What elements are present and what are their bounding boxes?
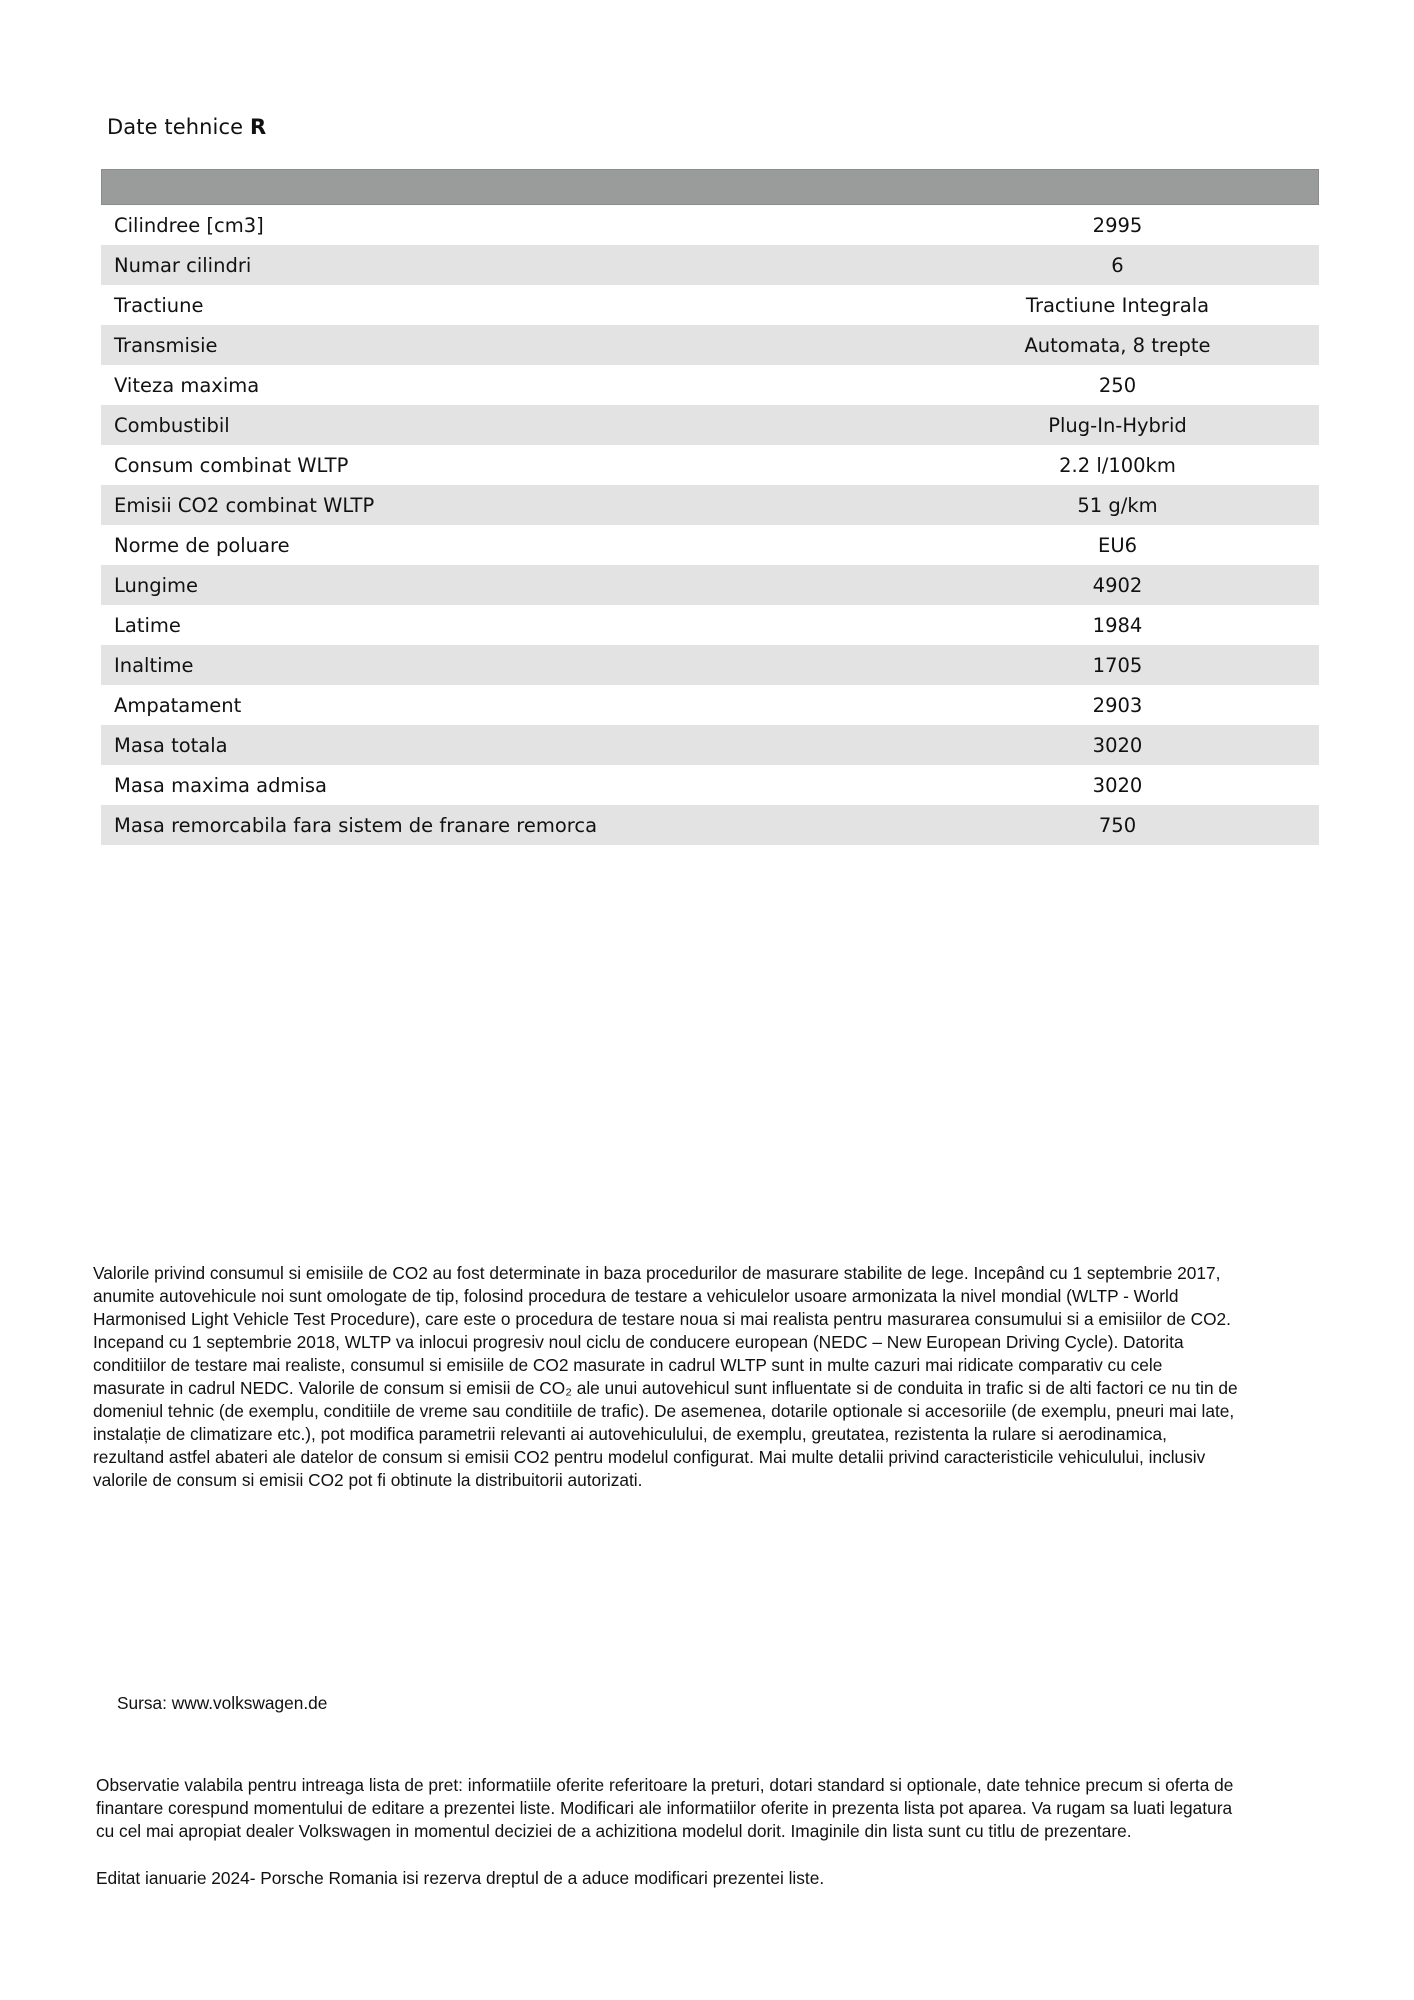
- table-row: Masa maxima admisa3020: [101, 765, 1319, 805]
- spec-value: 750: [1016, 814, 1219, 837]
- spec-label: Tractiune: [101, 294, 1016, 317]
- table-row: Numar cilindri6: [101, 245, 1319, 285]
- spec-value: EU6: [1016, 534, 1219, 557]
- spec-label: Numar cilindri: [101, 254, 1016, 277]
- spec-value: 2.2 l/100km: [1016, 454, 1219, 477]
- spec-label: Combustibil: [101, 414, 1016, 437]
- spec-value: 1984: [1016, 614, 1219, 637]
- text-line: anumite autovehicule noi sunt omologate …: [93, 1285, 1333, 1308]
- table-row: Inaltime1705: [101, 645, 1319, 685]
- table-header-bar: [101, 169, 1319, 205]
- spec-value: Plug-In-Hybrid: [1016, 414, 1219, 437]
- text-line: rezultand astfel abateri ale datelor de …: [93, 1446, 1333, 1469]
- table-row: Emisii CO2 combinat WLTP51 g/km: [101, 485, 1319, 525]
- spec-label: Transmisie: [101, 334, 1016, 357]
- table-row: Masa totala3020: [101, 725, 1319, 765]
- spec-value: 3020: [1016, 774, 1219, 797]
- spec-value: 1705: [1016, 654, 1219, 677]
- spec-label: Consum combinat WLTP: [101, 454, 1016, 477]
- table-body: Cilindree [cm3]2995Numar cilindri6Tracti…: [101, 205, 1319, 845]
- table-row: Lungime4902: [101, 565, 1319, 605]
- spec-label: Cilindree [cm3]: [101, 214, 1016, 237]
- spec-label: Lungime: [101, 574, 1016, 597]
- model-name: R: [250, 115, 266, 139]
- price-list-note: Observatie valabila pentru intreaga list…: [96, 1774, 1336, 1843]
- text-line: finantare corespund momentului de editar…: [96, 1797, 1336, 1820]
- spec-label: Masa maxima admisa: [101, 774, 1016, 797]
- spec-value: 250: [1016, 374, 1219, 397]
- spec-value: Tractiune Integrala: [1016, 294, 1219, 317]
- table-row: Norme de poluareEU6: [101, 525, 1319, 565]
- text-line: cu cel mai apropiat dealer Volkswagen in…: [96, 1820, 1336, 1843]
- table-row: Ampatament2903: [101, 685, 1319, 725]
- table-row: CombustibilPlug-In-Hybrid: [101, 405, 1319, 445]
- text-line: conditiilor de testare mai realiste, con…: [93, 1354, 1333, 1377]
- text-line: Valorile privind consumul si emisiile de…: [93, 1262, 1333, 1285]
- spec-value: 6: [1016, 254, 1219, 277]
- text-line: Observatie valabila pentru intreaga list…: [96, 1774, 1336, 1797]
- text-line: masurate in cadrul NEDC. Valorile de con…: [93, 1377, 1333, 1400]
- text-line: domeniul tehnic (de exemplu, conditiile …: [93, 1400, 1333, 1423]
- table-row: Cilindree [cm3]2995: [101, 205, 1319, 245]
- page-title-text: Date tehnice: [107, 115, 243, 139]
- text-line: Incepand cu 1 septembrie 2018, WLTP va i…: [93, 1331, 1333, 1354]
- table-row: TractiuneTractiune Integrala: [101, 285, 1319, 325]
- table-row: TransmisieAutomata, 8 trepte: [101, 325, 1319, 365]
- emissions-disclaimer: Valorile privind consumul si emisiile de…: [93, 1262, 1333, 1492]
- spec-value: 2903: [1016, 694, 1219, 717]
- text-line: valorile de consum si emisii CO2 pot fi …: [93, 1469, 1333, 1492]
- spec-value: 51 g/km: [1016, 494, 1219, 517]
- spec-label: Viteza maxima: [101, 374, 1016, 397]
- table-row: Viteza maxima250: [101, 365, 1319, 405]
- table-row: Consum combinat WLTP2.2 l/100km: [101, 445, 1319, 485]
- table-row: Latime1984: [101, 605, 1319, 645]
- spec-label: Masa totala: [101, 734, 1016, 757]
- spec-label: Masa remorcabila fara sistem de franare …: [101, 814, 1016, 837]
- spec-value: 2995: [1016, 214, 1219, 237]
- spec-label: Latime: [101, 614, 1016, 637]
- table-row: Masa remorcabila fara sistem de franare …: [101, 805, 1319, 845]
- spec-label: Norme de poluare: [101, 534, 1016, 557]
- spec-value: 4902: [1016, 574, 1219, 597]
- text-line: Harmonised Light Vehicle Test Procedure)…: [93, 1308, 1333, 1331]
- spec-label: Ampatament: [101, 694, 1016, 717]
- edition-note: Editat ianuarie 2024- Porsche Romania is…: [96, 1868, 824, 1889]
- text-line: instalație de climatizare etc.), pot mod…: [93, 1423, 1333, 1446]
- spec-value: 3020: [1016, 734, 1219, 757]
- spec-label: Emisii CO2 combinat WLTP: [101, 494, 1016, 517]
- technical-data-table: Cilindree [cm3]2995Numar cilindri6Tracti…: [101, 169, 1319, 845]
- source-note: Sursa: www.volkswagen.de: [117, 1693, 327, 1714]
- spec-label: Inaltime: [101, 654, 1016, 677]
- spec-value: Automata, 8 trepte: [1016, 334, 1219, 357]
- page-title: Date tehnice R: [107, 115, 266, 139]
